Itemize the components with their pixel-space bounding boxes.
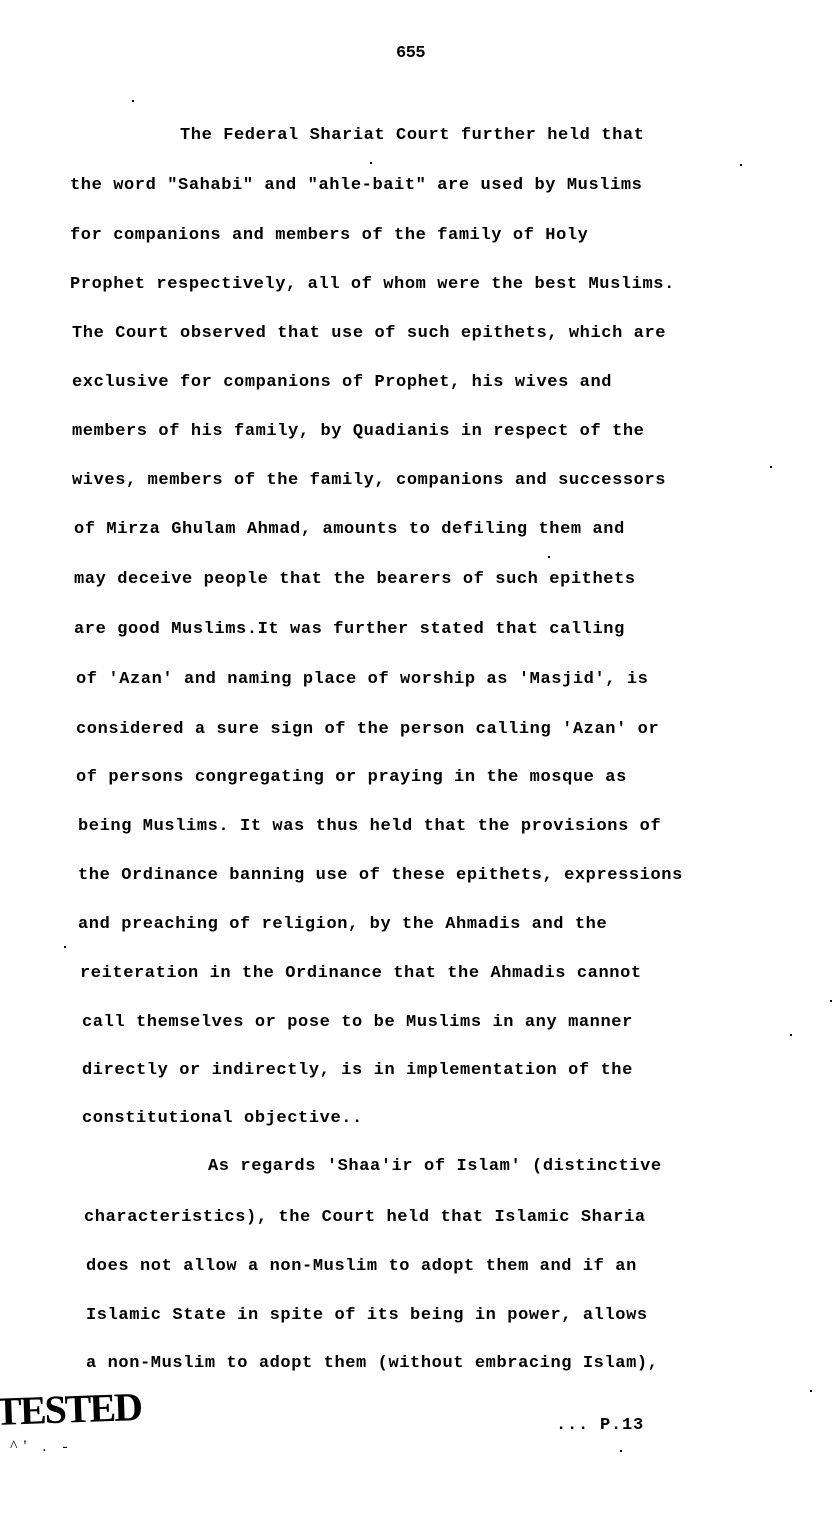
text-line: of 'Azan' and naming place of worship as…: [76, 670, 649, 690]
text-line: may deceive people that the bearers of s…: [74, 570, 636, 590]
scan-speck: [740, 164, 742, 166]
text-line: The Federal Shariat Court further held t…: [180, 126, 644, 146]
text-line: directly or indirectly, is in implementa…: [82, 1061, 633, 1081]
text-line: for companions and members of the family…: [70, 226, 588, 246]
text-line: are good Muslims.It was further stated t…: [74, 620, 625, 640]
text-line: of Mirza Ghulam Ahmad, amounts to defili…: [74, 520, 625, 540]
text-line: the Ordinance banning use of these epith…: [78, 866, 683, 886]
text-line: being Muslims. It was thus held that the…: [78, 817, 661, 837]
text-line: The Court observed that use of such epit…: [72, 324, 666, 344]
text-line: call themselves or pose to be Muslims in…: [82, 1013, 633, 1033]
text-line: wives, members of the family, companions…: [72, 471, 666, 491]
text-line: of persons congregating or praying in th…: [76, 768, 627, 788]
scan-speck: [64, 946, 66, 948]
scan-speck: [370, 162, 372, 164]
text-line: Prophet respectively, all of whom were t…: [70, 275, 675, 295]
page-continuation-marker: ... P.13: [556, 1416, 644, 1435]
text-line: does not allow a non-Muslim to adopt the…: [86, 1257, 637, 1277]
attested-stamp: TESTED: [0, 1383, 142, 1435]
text-line: constitutional objective..: [82, 1109, 363, 1129]
text-line: As regards 'Shaa'ir of Islam' (distincti…: [208, 1157, 662, 1177]
scan-speck: [620, 1450, 622, 1452]
scan-speck: [790, 1034, 792, 1036]
text-line: members of his family, by Quadianis in r…: [72, 422, 645, 442]
text-line: reiteration in the Ordinance that the Ah…: [80, 964, 642, 984]
text-line: the word "Sahabi" and "ahle-bait" are us…: [70, 176, 643, 196]
text-line: characteristics), the Court held that Is…: [84, 1208, 646, 1228]
text-line: exclusive for companions of Prophet, his…: [72, 373, 612, 393]
scan-speck: [548, 556, 550, 558]
scan-speck: [830, 1000, 832, 1002]
scan-speck: [770, 466, 772, 468]
text-line: and preaching of religion, by the Ahmadi…: [78, 915, 607, 935]
stamp-signature-mark: ^' . -: [10, 1438, 74, 1456]
text-line: considered a sure sign of the person cal…: [76, 720, 659, 740]
scan-speck: [810, 1390, 812, 1392]
scan-speck: [132, 100, 134, 102]
page-number: 655: [396, 44, 425, 63]
text-line: a non-Muslim to adopt them (without embr…: [86, 1354, 659, 1374]
text-line: Islamic State in spite of its being in p…: [86, 1306, 648, 1326]
